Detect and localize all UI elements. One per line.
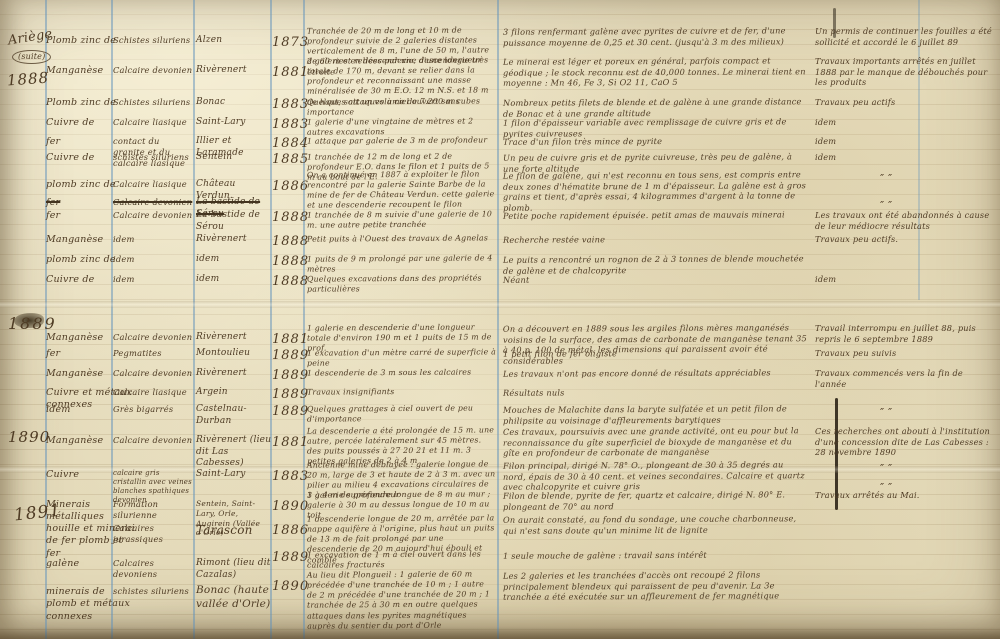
- ledger-page: Ariège (suite) 1888 1889 1890 1891 Plomb…: [0, 0, 1000, 639]
- commune-cell: Rivèrenert: [196, 65, 272, 77]
- works-cell: 1 attaque par galerie de 3 m de profonde…: [307, 135, 496, 146]
- date-cell: 1890: [272, 499, 308, 516]
- works-cell: 1 excavation d'un mètre carré de superfi…: [307, 347, 496, 369]
- fold-crease: [0, 301, 1000, 308]
- ditto-marks: ″ ″: [880, 170, 930, 189]
- remarks-cell: idem: [815, 117, 995, 128]
- works-cell: 1 tranchée de 8 m suivie d'une galerie d…: [307, 209, 496, 231]
- observations-cell: Résultats nuls: [503, 386, 809, 398]
- date-cell: 1881: [272, 65, 308, 82]
- date-cell: 1888: [272, 234, 308, 251]
- date-cell: 1888: [272, 274, 308, 291]
- commune-cell: idem: [196, 254, 272, 266]
- commune-cell: Montoulieu: [196, 348, 272, 360]
- commune-cell: Rivèrenert: [196, 368, 272, 380]
- remarks-cell: Travaux peu actifs: [815, 97, 995, 108]
- terrain-cell: Calcaires jurassiques: [113, 523, 193, 545]
- terrain-cell: Schistes siluriens: [113, 35, 193, 46]
- commune-cell: Rivèrenert: [196, 234, 272, 246]
- works-cell: Travaux insignifiants: [307, 386, 496, 397]
- works-cell: 1 descenderie de 3 m sous les calcaires: [307, 367, 496, 378]
- terrain-cell: Calcaire devonien: [113, 368, 193, 379]
- works-cell: Quelques grattages à ciel ouvert de peu …: [307, 403, 496, 425]
- terrain-cell: schistes siluriens: [113, 586, 193, 597]
- remarks-cell: idem: [815, 152, 995, 163]
- date-cell: 1883: [272, 117, 308, 134]
- observations-cell: On a découvert en 1889 sous les argiles …: [503, 322, 809, 366]
- remarks-cell: Ces recherches ont abouti à l'institutio…: [815, 426, 995, 458]
- year-group-1888: 1888: [6, 69, 49, 91]
- date-cell: 1890: [272, 579, 308, 596]
- commune-cell: Argein: [196, 387, 272, 399]
- terrain-cell: idem: [113, 274, 193, 285]
- remarks-cell: idem: [815, 136, 995, 147]
- remarks-cell: Travaux peu suivis: [815, 348, 995, 359]
- observations-cell: Trace d'un filon très mince de pyrite: [503, 135, 809, 147]
- date-cell: 1889: [272, 348, 308, 365]
- commune-cell: Rimont (lieu dit Cazalas): [196, 558, 272, 581]
- observations-cell: 3 filons renfermant galène avec pyrites …: [503, 25, 809, 48]
- commune-cell: Rivèrenert: [196, 332, 272, 344]
- commune-cell: Saint-Lary: [196, 469, 272, 481]
- observations-cell: Néant: [503, 273, 809, 285]
- terrain-cell: Grès bigarrés: [113, 404, 193, 415]
- terrain-cell: Calcaire liasique: [113, 387, 193, 398]
- date-cell: 1883: [272, 469, 308, 486]
- date-cell: 1888: [272, 210, 308, 227]
- observations-cell: On aurait constaté, au fond du sondage, …: [503, 513, 809, 536]
- date-cell: 1886: [272, 523, 308, 540]
- observations-cell: 1 seule mouche de galène : travail sans …: [503, 549, 809, 561]
- observations-cell: Filon principal, dirigé N. 78° O., plong…: [503, 459, 809, 493]
- terrain-cell: Calcaire devonien: [113, 332, 193, 343]
- terrain-cell: Schistes siluriens: [113, 97, 193, 108]
- year-group-1890: 1890: [8, 428, 50, 448]
- date-cell: 1884: [272, 136, 308, 153]
- remarks-cell: Travaux arrêtés au Mai.: [815, 490, 995, 501]
- terrain-cell: Calcaire devonien: [113, 65, 193, 76]
- commune-cell: Rivèrenert (lieu dit Las Cabesses): [196, 435, 272, 470]
- observations-cell: Les travaux n'ont pas encore donné de ré…: [503, 367, 809, 379]
- terrain-cell: Calcaire devonien: [113, 435, 193, 446]
- observations-cell: Recherche restée vaine: [503, 233, 809, 245]
- commune-cell: Saint-Lary: [196, 117, 272, 129]
- ditto-marks: ″ ″: [880, 404, 930, 423]
- terrain-cell: Calcaire devonien: [113, 210, 193, 221]
- date-cell: 1889: [272, 404, 308, 421]
- terrain-cell: Formation silurienne: [113, 499, 193, 521]
- terrain-cell: Calcaire liasique: [113, 179, 193, 190]
- date-cell: 1888: [272, 254, 308, 271]
- date-cell: 1881: [272, 332, 308, 349]
- commune-cell: Alzen: [196, 35, 272, 47]
- remarks-cell: Les travaux ont été abandonnés à cause d…: [815, 210, 995, 231]
- date-cell: 1881: [272, 435, 308, 452]
- observations-cell: Mouches de Malachite dans la baryte sulf…: [503, 403, 809, 426]
- commune-cell: Tarascon: [196, 523, 272, 539]
- date-cell: 1886: [272, 179, 308, 196]
- works-cell: Petit puits à l'Ouest des travaux de Agn…: [307, 233, 496, 244]
- works-cell: Quelques excavations dans des propriétés…: [307, 273, 496, 295]
- terrain-cell: Calcaires devoniens: [113, 558, 193, 580]
- observations-cell: Le minerai est léger et poreux en généra…: [503, 55, 809, 89]
- observations-cell: Ces travaux, poursuivis avec une grande …: [503, 425, 809, 459]
- column-rule: [270, 0, 272, 639]
- date-cell: 1883: [272, 97, 308, 114]
- commune-cell: Sentein: [196, 152, 272, 164]
- date-cell: 1889: [272, 368, 308, 385]
- remarks-cell: Un permis de continuer les fouilles a ét…: [815, 26, 995, 47]
- commune-cell: La bastide de Sérou: [196, 210, 272, 233]
- commune-cell: Bonac: [196, 97, 272, 109]
- terrain-cell: Pegmatites: [113, 348, 193, 359]
- works-cell: 1 excavation de 1 m à ciel ouvert dans l…: [307, 549, 496, 571]
- terrain-cell: Calcaire devonien: [113, 197, 193, 208]
- works-cell: 1 puits de 9 m prolongé par une galerie …: [307, 253, 496, 275]
- column-rule: [193, 0, 195, 639]
- observations-cell: 1 petit filon de fer oligiste: [503, 347, 809, 359]
- works-cell: On a continué en 1887 à exploiter le fil…: [307, 169, 496, 211]
- remarks-cell: Travail interrompu en juillet 88, puis r…: [815, 323, 995, 344]
- terrain-cell: idem: [113, 254, 193, 265]
- date-cell: 1885: [272, 152, 308, 169]
- commune-cell: idem: [196, 274, 272, 286]
- works-cell: Quelques attaques à ciel ouvert sans imp…: [307, 96, 496, 118]
- observations-cell: Le filon de galène, qui n'est reconnu en…: [503, 169, 809, 213]
- observations-cell: Filon de blende, pyrite de fer, quartz e…: [503, 489, 809, 512]
- terrain-cell: idem: [113, 234, 193, 245]
- remarks-cell: idem: [815, 274, 995, 285]
- terrain-cell: schistes siluriens: [113, 152, 193, 163]
- paper-edge: [0, 627, 1000, 639]
- column-rule: [497, 0, 499, 639]
- remarks-cell: Travaux importants arrêtés en juillet 18…: [815, 56, 995, 88]
- date-cell: 1889: [272, 550, 308, 567]
- commune-cell: Bonac (haute vallée d'Orle): [196, 584, 272, 611]
- observations-cell: Petite poche rapidement épuisée. petit a…: [503, 209, 809, 221]
- date-cell: 1873: [272, 35, 308, 52]
- works-cell: Au lieu dit Plongueil : 1 galerie de 60 …: [307, 569, 496, 631]
- remarks-cell: Travaux commencés vers la fin de l'année: [815, 368, 995, 389]
- observations-cell: Les 2 galeries et les tranchées d'accès …: [503, 569, 809, 603]
- date-cell: 1889: [272, 387, 308, 404]
- terrain-cell: Calcaire liasique: [113, 117, 193, 128]
- remarks-cell: Travaux peu actifs.: [815, 234, 995, 245]
- commune-cell: Castelnau-Durban: [196, 404, 272, 427]
- column-rule: [303, 0, 305, 639]
